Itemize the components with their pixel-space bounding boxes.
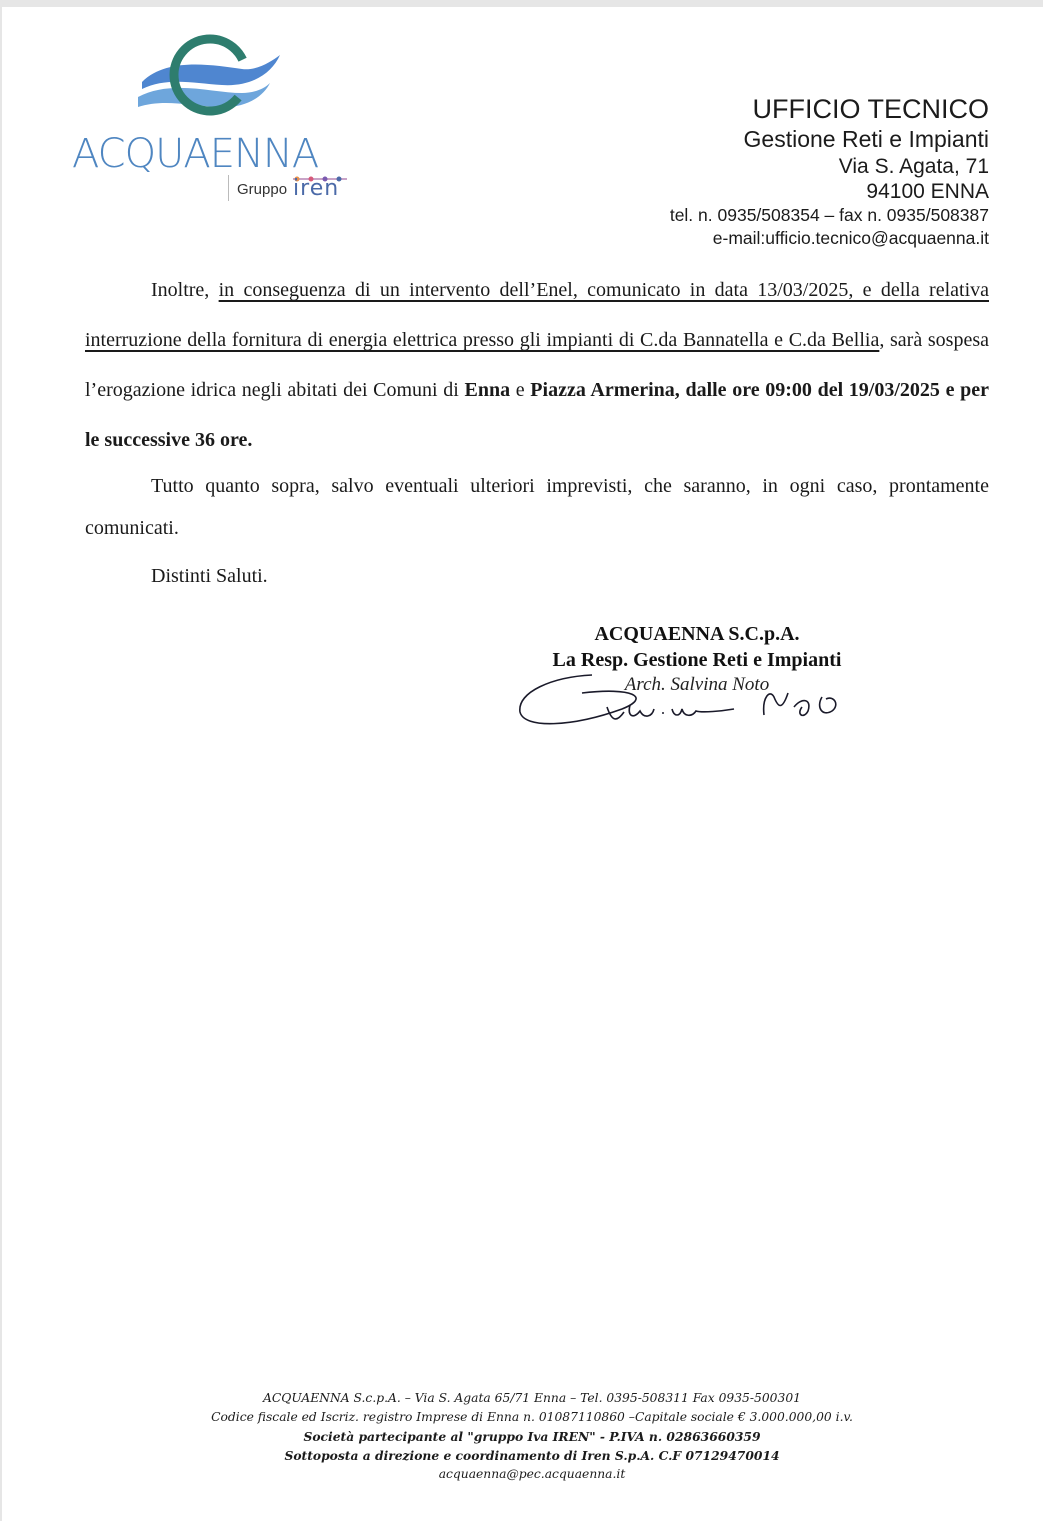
logo-group: Gruppoiren: [228, 175, 339, 201]
logo-group-label: Gruppo: [237, 181, 287, 198]
office-title: UFFICIO TECNICO: [670, 93, 989, 125]
logo-group-brand: iren: [293, 176, 339, 201]
office-email: e-mail:ufficio.tecnico@acquaenna.it: [670, 227, 989, 250]
document-page: ACQUAENNA Gruppoiren UFFICIO TECNICO Ges…: [2, 7, 1043, 1521]
office-header: UFFICIO TECNICO Gestione Reti e Impianti…: [670, 93, 989, 250]
footer-line-vat: Società partecipante al "gruppo Iva IREN…: [152, 1427, 912, 1446]
footer-line-registry: Codice fiscale ed Iscriz. registro Impre…: [152, 1408, 912, 1427]
office-phone-fax: tel. n. 0935/508354 – fax n. 0935/508387: [670, 204, 989, 227]
logo-wordmark: ACQUAENNA: [72, 131, 318, 177]
signature-company: ACQUAENNA S.C.p.A.: [522, 621, 872, 647]
letter-body: Inoltre, in conseguenza di un intervento…: [85, 265, 989, 597]
handwritten-signature-icon: [512, 667, 872, 737]
notice-conj: e: [510, 379, 530, 401]
wave-ring-icon: [72, 27, 352, 137]
notice-underlined: in conseguenza di un intervento dell’Ene…: [85, 279, 989, 351]
office-city: 94100 ENNA: [670, 179, 989, 204]
footer-line-pec: acquaenna@pec.acquaenna.it: [152, 1465, 912, 1484]
notice-lead: Inoltre,: [151, 279, 219, 301]
notice-town-enna: Enna: [465, 379, 511, 401]
footer: ACQUAENNA S.c.p.A. – Via S. Agata 65/71 …: [152, 1389, 912, 1484]
office-department: Gestione Reti e Impianti: [670, 125, 989, 154]
paragraph-disclaimer: Tutto quanto sopra, salvo eventuali ulte…: [85, 465, 989, 549]
footer-line-company: ACQUAENNA S.c.p.A. – Via S. Agata 65/71 …: [152, 1389, 912, 1408]
acquaenna-logo: ACQUAENNA Gruppoiren: [72, 27, 352, 207]
paragraph-notice: Inoltre, in conseguenza di un intervento…: [85, 265, 989, 465]
office-address: Via S. Agata, 71: [670, 154, 989, 179]
greeting: Distinti Saluti.: [85, 555, 989, 597]
footer-line-direction: Sottoposta a direzione e coordinamento d…: [152, 1446, 912, 1465]
